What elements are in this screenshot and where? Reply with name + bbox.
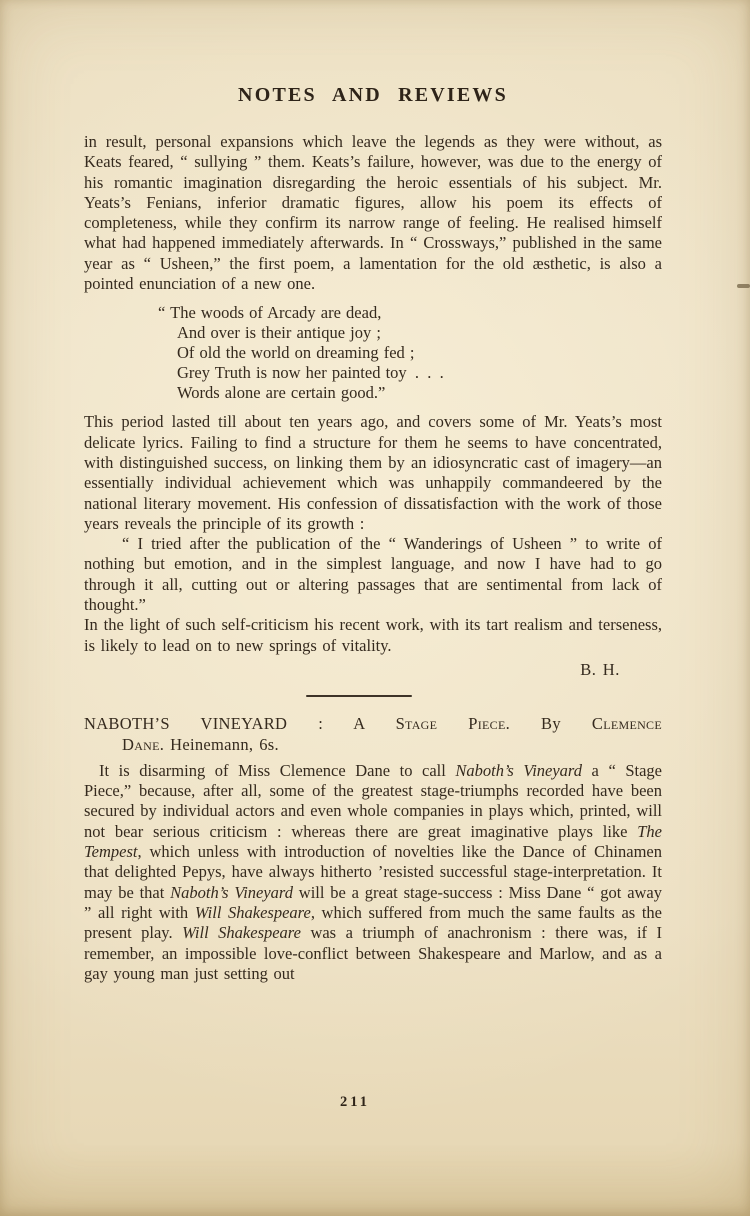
poem-line: Words alone are certain good.” — [177, 383, 662, 403]
yeats-confession-quote: “ I tried after the publication of the “… — [84, 534, 662, 615]
scanned-page: NOTES AND REVIEWS in result, personal ex… — [0, 0, 750, 1216]
poem-line: “ The woods of Arcady are dead, — [177, 303, 662, 323]
paragraph-naboth-review: It is disarming of Miss Clemence Dane to… — [84, 761, 662, 984]
scan-edge-mark — [737, 284, 750, 288]
poem-quote: “ The woods of Arcady are dead, And over… — [177, 303, 662, 403]
page-number: 211 — [66, 1094, 644, 1111]
reviewer-initials: B. H. — [84, 660, 662, 680]
page-header-title: NOTES AND REVIEWS — [84, 84, 662, 107]
review-heading-line1: NABOTH’S VINEYARD : A Stage Piece. By Cl… — [84, 714, 662, 734]
poem-line: Grey Truth is now her painted toy . . . — [177, 363, 662, 383]
paragraph-yeats-opening: in result, personal expansions which lea… — [84, 132, 662, 294]
poem-line: And over is their antique joy ; — [177, 323, 662, 343]
poem-line: Of old the world on dreaming fed ; — [177, 343, 662, 363]
review-heading: NABOTH’S VINEYARD : A Stage Piece. By Cl… — [84, 714, 662, 755]
review-heading-line2: Dane. Heinemann, 6s. — [84, 735, 662, 755]
yeats-review-section: in result, personal expansions which lea… — [84, 132, 662, 984]
paragraph-yeats-closing: In the light of such self-criticism his … — [84, 615, 662, 656]
text-block: NOTES AND REVIEWS in result, personal ex… — [84, 84, 662, 984]
paragraph-yeats-period: This period lasted till about ten years … — [84, 412, 662, 534]
section-divider-rule — [306, 695, 412, 697]
